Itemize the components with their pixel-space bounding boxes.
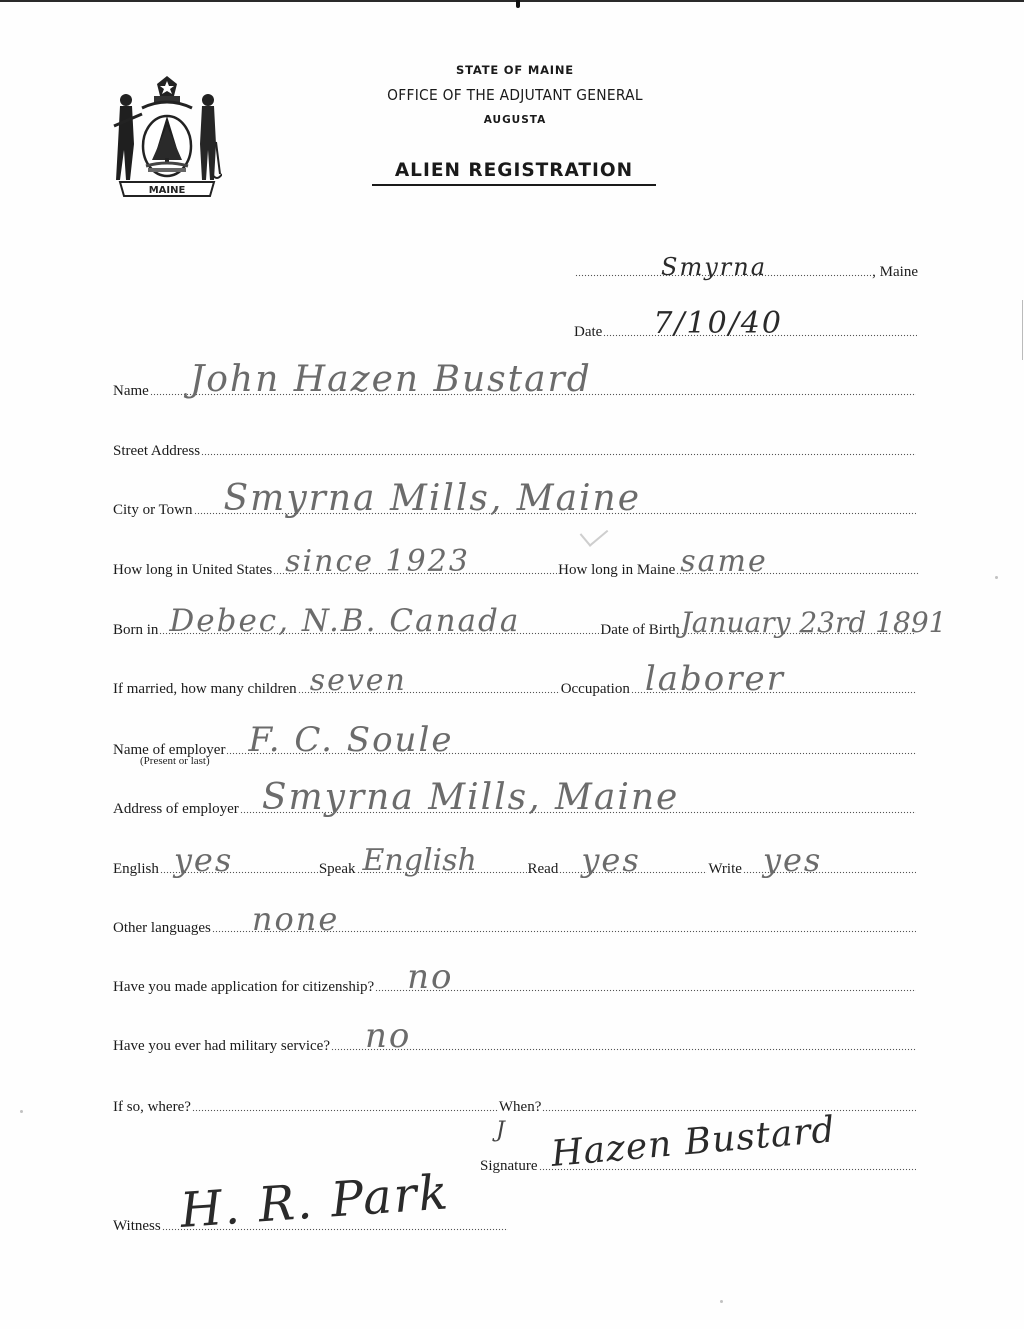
place-row: Smyrna , Maine: [574, 258, 918, 280]
read-field[interactable]: yes: [559, 871, 707, 874]
family-row: If married, how many children seven Occu…: [113, 675, 917, 697]
how-long-maine-value: same: [680, 547, 767, 577]
header-office: OFFICE OF THE ADJUTANT GENERAL: [354, 86, 676, 104]
city-label: City or Town: [113, 503, 193, 518]
military-value: no: [365, 1019, 411, 1053]
citizenship-value: no: [407, 960, 453, 994]
signature-label: Signature: [480, 1159, 538, 1174]
other-languages-label: Other languages: [113, 921, 211, 936]
scan-speck: [995, 576, 998, 579]
born-in-value: Debec, N.B. Canada: [169, 606, 520, 637]
military-row: Have you ever had military service? no: [113, 1032, 917, 1054]
how-long-maine-label: How long in Maine: [558, 563, 675, 578]
language-row: English yes Speak English Read yes Write…: [113, 855, 917, 877]
date-of-birth-value: January 23rd 1891: [681, 609, 947, 637]
header-city: AUGUSTA: [340, 114, 690, 126]
state-seal-icon: MAINE: [112, 74, 222, 199]
occupation-label: Occupation: [561, 682, 630, 697]
how-long-maine-field[interactable]: same: [676, 572, 919, 575]
date-field[interactable]: 7/10/40: [603, 334, 917, 337]
residence-row: How long in United States since 1923 How…: [113, 556, 920, 578]
employer-name-row: Name of employer F. C. Soule: [113, 736, 917, 758]
signature-field[interactable]: Hazen Bustard: [539, 1168, 917, 1171]
read-label: Read: [528, 862, 559, 877]
where-field[interactable]: [192, 1109, 498, 1112]
born-in-label: Born in: [113, 623, 158, 638]
street-address-row: Street Address: [113, 437, 917, 459]
name-field[interactable]: John Hazen Bustard: [150, 393, 916, 396]
date-value: 7/10/40: [653, 309, 783, 339]
svg-text:MAINE: MAINE: [149, 185, 186, 196]
place-field[interactable]: Smyrna: [575, 274, 871, 277]
citizenship-row: Have you made application for citizenshi…: [113, 973, 917, 995]
citizenship-field[interactable]: no: [375, 989, 916, 992]
employer-name-value: F. C. Soule: [248, 723, 453, 757]
born-in-field[interactable]: Debec, N.B. Canada: [159, 632, 599, 635]
city-row: City or Town Smyrna Mills, Maine: [113, 496, 917, 518]
employer-name-field[interactable]: F. C. Soule: [226, 752, 916, 755]
registration-form-page: MAINE STATE OF MAINE OFFICE OF THE ADJUT…: [0, 0, 1024, 1329]
occupation-value: laborer: [645, 662, 785, 696]
form-title: ALIEN REGISTRATION: [372, 160, 656, 186]
speak-value: English: [363, 846, 477, 876]
write-label: Write: [708, 862, 742, 877]
military-label: Have you ever had military service?: [113, 1039, 330, 1054]
children-label: If married, how many children: [113, 682, 297, 697]
witness-label: Witness: [113, 1219, 161, 1234]
name-label: Name: [113, 384, 149, 399]
street-address-label: Street Address: [113, 444, 200, 459]
employer-name-sublabel: (Present or last): [140, 755, 210, 767]
other-languages-value: none: [252, 903, 339, 935]
when-label: When?: [499, 1100, 541, 1115]
check-mark: [580, 519, 609, 547]
military-field[interactable]: no: [331, 1048, 916, 1051]
date-row: Date 7/10/40: [574, 318, 918, 340]
how-long-us-label: How long in United States: [113, 563, 272, 578]
city-field[interactable]: Smyrna Mills, Maine: [194, 512, 916, 515]
speak-label: Speak: [319, 862, 356, 877]
how-long-us-field[interactable]: since 1923: [273, 572, 557, 575]
witness-value: H. R. Park: [178, 1168, 451, 1235]
citizenship-label: Have you made application for citizenshi…: [113, 980, 374, 995]
when-field[interactable]: [542, 1109, 916, 1112]
city-value: Smyrna Mills, Maine: [224, 481, 642, 517]
date-of-birth-field[interactable]: January 23rd 1891: [681, 632, 916, 635]
scan-edge: [1022, 300, 1023, 360]
witness-field[interactable]: H. R. Park: [162, 1228, 508, 1231]
scan-mark: [516, 0, 520, 8]
other-languages-row: Other languages none: [113, 914, 917, 936]
children-value: seven: [310, 666, 407, 696]
street-address-field[interactable]: [201, 453, 916, 456]
name-value: John Hazen Bustard: [190, 362, 592, 398]
employer-address-field[interactable]: Smyrna Mills, Maine: [240, 811, 916, 814]
write-field[interactable]: yes: [743, 871, 916, 874]
scan-top-border: [0, 0, 1024, 2]
scan-speck: [720, 1300, 723, 1303]
employer-address-value: Smyrna Mills, Maine: [262, 780, 680, 816]
place-value: Smyrna: [661, 255, 767, 279]
name-row: Name John Hazen Bustard: [113, 377, 917, 399]
place-suffix: , Maine: [872, 265, 918, 280]
where-label: If so, where?: [113, 1100, 191, 1115]
other-languages-field[interactable]: none: [212, 930, 916, 933]
read-value: yes: [581, 844, 640, 876]
employer-address-label: Address of employer: [113, 802, 239, 817]
signature-mark: J: [496, 1118, 505, 1143]
signature-row: Signature Hazen Bustard: [480, 1152, 917, 1174]
write-value: yes: [763, 844, 822, 876]
how-long-us-value: since 1923: [285, 547, 470, 577]
speak-field[interactable]: English: [357, 871, 527, 874]
occupation-field[interactable]: laborer: [631, 691, 916, 694]
english-value: yes: [174, 844, 233, 876]
witness-row: Witness H. R. Park: [113, 1212, 509, 1234]
children-field[interactable]: seven: [298, 691, 560, 694]
date-of-birth-label: Date of Birth: [600, 623, 679, 638]
signature-value: Hazen Bustard: [549, 1112, 836, 1173]
employer-address-row: Address of employer Smyrna Mills, Maine: [113, 795, 917, 817]
english-label: English: [113, 862, 159, 877]
english-field[interactable]: yes: [160, 871, 318, 874]
scan-speck: [20, 1110, 23, 1113]
date-label: Date: [574, 325, 602, 340]
header-state: STATE OF MAINE: [340, 63, 690, 77]
birth-row: Born in Debec, N.B. Canada Date of Birth…: [113, 616, 917, 638]
